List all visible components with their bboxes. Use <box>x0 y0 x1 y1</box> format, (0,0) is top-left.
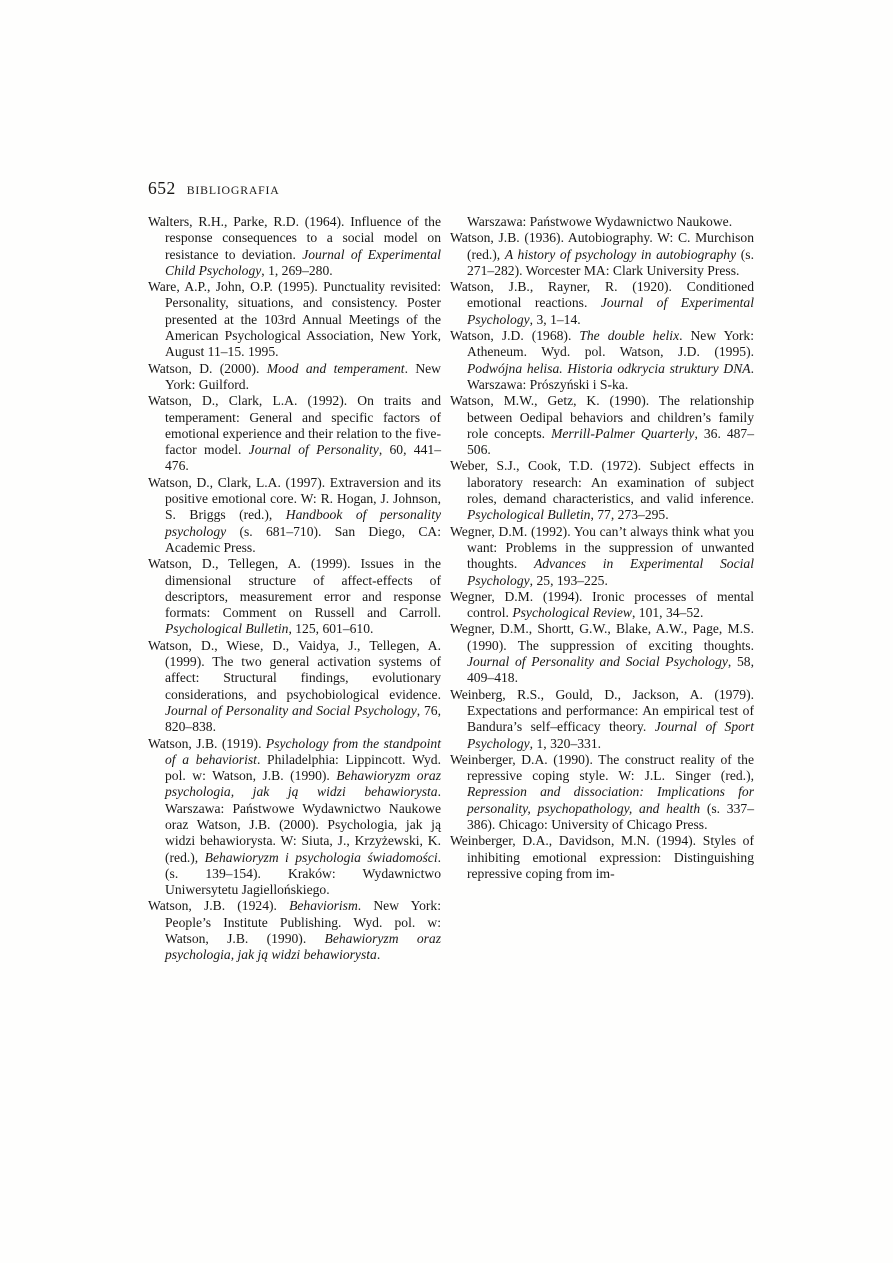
work-title-italic: Mood and temperament <box>267 361 405 376</box>
bib-entry: Watson, J.D. (1968). The double helix. N… <box>450 328 754 393</box>
bib-entry: Weinberger, D.A., Davidson, M.N. (1994).… <box>450 833 754 882</box>
work-title-italic: Behawioryzm oraz psychologia, jak ją wid… <box>165 768 441 799</box>
work-title-italic: The double helix <box>579 328 679 343</box>
work-title-italic: Psychological Review <box>512 605 632 620</box>
bibliography-page: 652BIBLIOGRAFIA Walters, R.H., Parke, R.… <box>0 0 893 1263</box>
bibliography-columns: Walters, R.H., Parke, R.D. (1964). Influ… <box>148 214 754 964</box>
work-title-italic: Journal of Experimental Psychology <box>467 295 754 326</box>
work-title-italic: Repression and dissociation: Implication… <box>467 784 754 815</box>
page-header: 652BIBLIOGRAFIA <box>148 178 280 199</box>
work-title-italic: Behaviorism <box>289 898 358 913</box>
work-title-italic: A history of psychology in autobiography <box>505 247 736 262</box>
work-title-italic: Handbook of personality psychology <box>165 507 441 538</box>
bib-entry: Wegner, D.M. (1992). You can’t always th… <box>450 524 754 589</box>
work-title-italic: Journal of Personality and Social Psycho… <box>467 654 728 669</box>
bib-entry: Watson, D., Wiese, D., Vaidya, J., Telle… <box>148 638 441 736</box>
bib-entry: Watson, D., Clark, L.A. (1997). Extraver… <box>148 475 441 556</box>
bib-entry: Watson, D., Clark, L.A. (1992). On trait… <box>148 393 441 474</box>
bib-entry: Watson, J.B. (1936). Autobiography. W: C… <box>450 230 754 279</box>
work-title-italic: Behawioryzm oraz psychologia, jak ją wid… <box>165 931 441 962</box>
page-number: 652 <box>148 178 176 198</box>
bib-entry: Weber, S.J., Cook, T.D. (1972). Subject … <box>450 458 754 523</box>
left-column: Walters, R.H., Parke, R.D. (1964). Influ… <box>148 214 441 964</box>
work-title-italic: Merrill-Palmer Quarterly <box>551 426 694 441</box>
bib-entry: Watson, J.B. (1919). Psychology from the… <box>148 736 441 899</box>
work-title-italic: Psychological Bulletin <box>467 507 590 522</box>
work-title-italic: Advances in Experimental Social Psycholo… <box>467 556 754 587</box>
work-title-italic: Journal of Personality and Social Psycho… <box>165 703 417 718</box>
bib-entry: Weinberg, R.S., Gould, D., Jackson, A. (… <box>450 687 754 752</box>
work-title-italic: Journal of Experimental Child Psychology <box>165 247 441 278</box>
bib-entry: Walters, R.H., Parke, R.D. (1964). Influ… <box>148 214 441 279</box>
work-title-italic: Podwójna helisa. Historia odkrycia struk… <box>467 361 751 376</box>
bib-entry: Watson, D., Tellegen, A. (1999). Issues … <box>148 556 441 637</box>
work-title-italic: Journal of Sport Psychology <box>467 719 754 750</box>
work-title-italic: Behawioryzm i psychologia świadomości <box>205 850 438 865</box>
bib-entry: Weinberger, D.A. (1990). The construct r… <box>450 752 754 833</box>
bib-entry: Watson, J.B., Rayner, R. (1920). Conditi… <box>450 279 754 328</box>
bib-entry: Wegner, D.M., Shortt, G.W., Blake, A.W.,… <box>450 621 754 686</box>
bib-entry: Watson, M.W., Getz, K. (1990). The relat… <box>450 393 754 458</box>
bib-entry: Wegner, D.M. (1994). Ironic processes of… <box>450 589 754 622</box>
bib-entry: Watson, J.B. (1924). Behaviorism. New Yo… <box>148 898 441 963</box>
work-title-italic: Psychology from the standpoint of a beha… <box>165 736 441 767</box>
bib-entry-continuation: Warszawa: Państwowe Wydawnictwo Naukowe. <box>450 214 754 230</box>
bib-entry: Watson, D. (2000). Mood and temperament.… <box>148 361 441 394</box>
right-column: Warszawa: Państwowe Wydawnictwo Naukowe.… <box>450 214 754 964</box>
work-title-italic: Psychological Bulletin <box>165 621 288 636</box>
page-header-title: BIBLIOGRAFIA <box>187 183 280 197</box>
work-title-italic: Journal of Personality <box>249 442 379 457</box>
bib-entry: Ware, A.P., John, O.P. (1995). Punctuali… <box>148 279 441 360</box>
